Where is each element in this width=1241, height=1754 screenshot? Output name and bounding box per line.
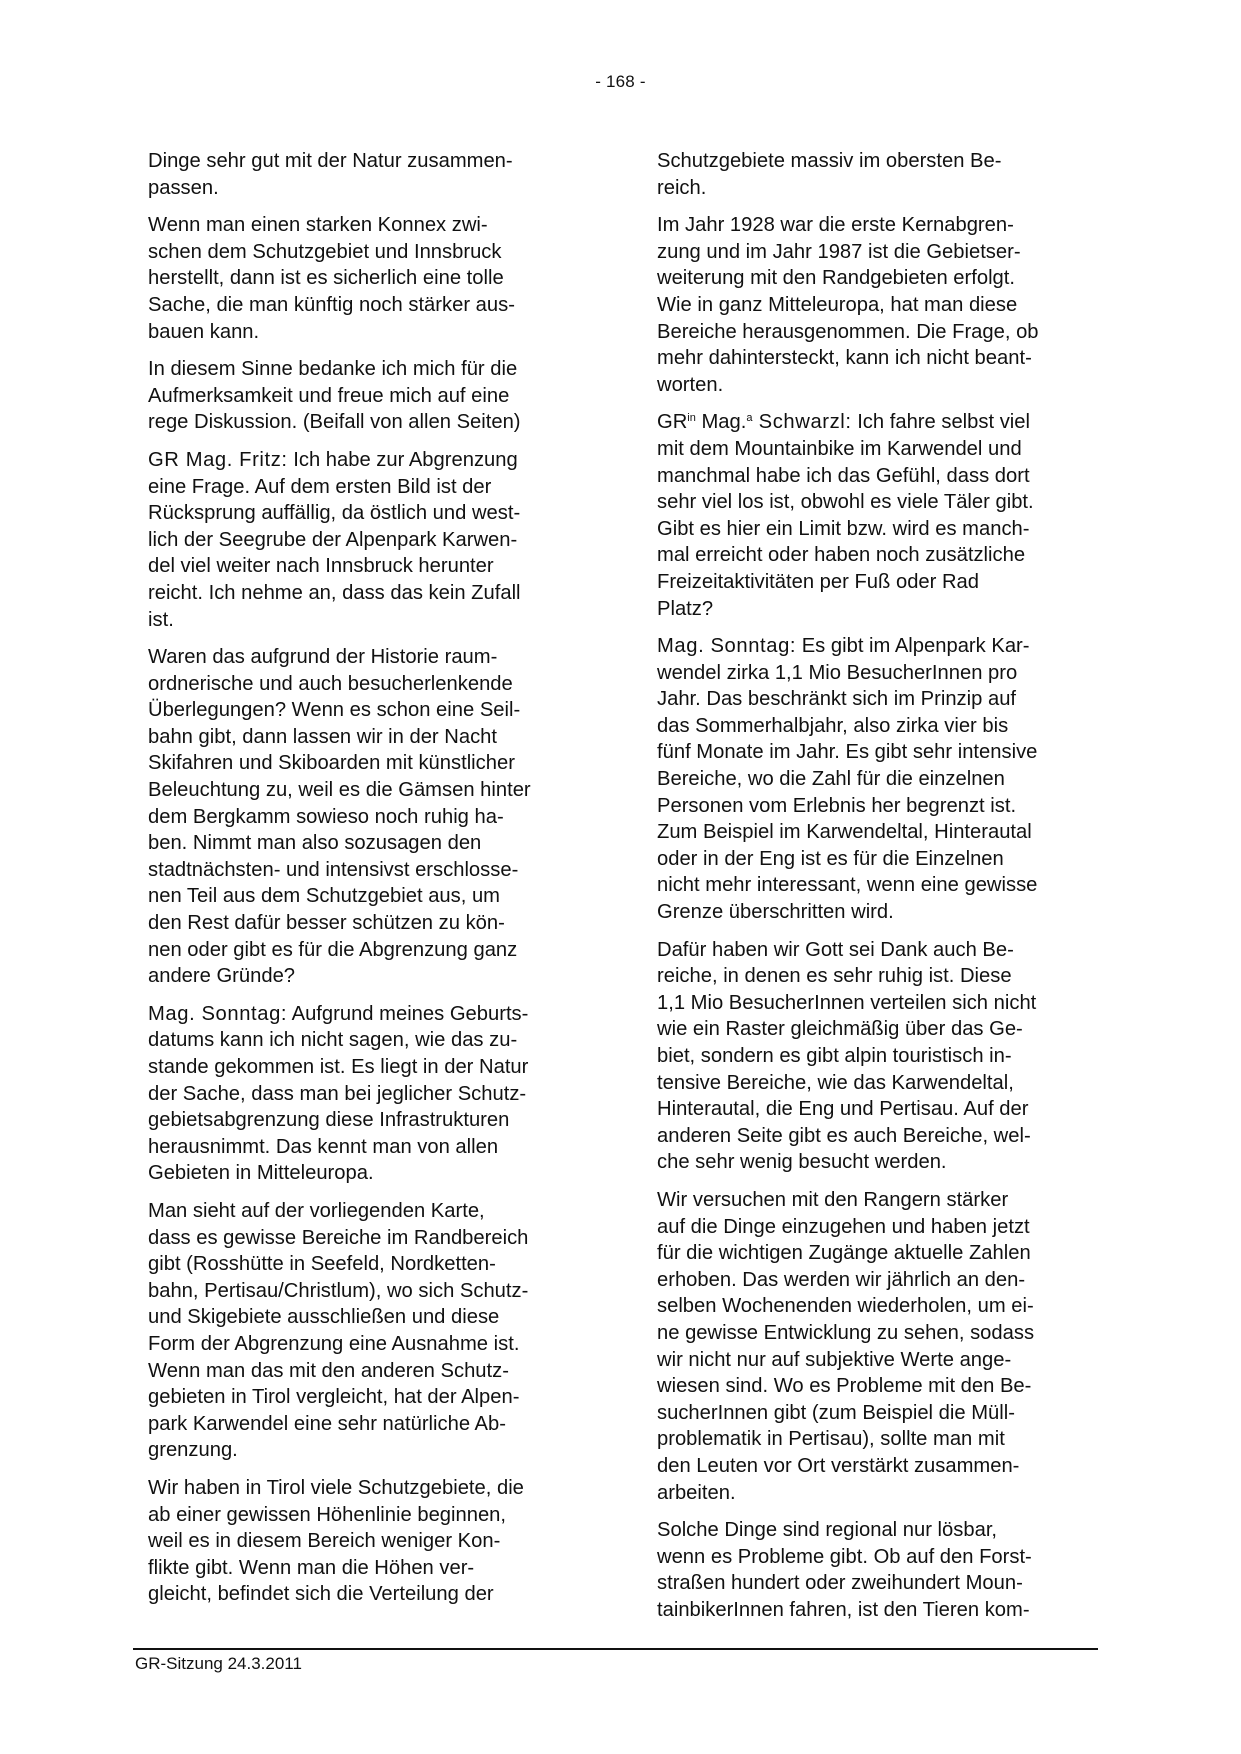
text-line: arbeiten. bbox=[657, 1480, 1127, 1507]
text-line: passen. bbox=[148, 175, 618, 202]
text-line: reiche, in denen es sehr ruhig ist. Dies… bbox=[657, 963, 1127, 990]
text-line: Jahr. Das beschränkt sich im Prinzip auf bbox=[657, 686, 1127, 713]
text-line: Man sieht auf der vorliegenden Karte, bbox=[148, 1198, 618, 1225]
text-line: herausnimmt. Das kennt man von allen bbox=[148, 1134, 618, 1161]
right-column: Schutzgebiete massiv im obersten Be- rei… bbox=[657, 148, 1127, 1634]
text-line: weil es in diesem Bereich weniger Kon- bbox=[148, 1528, 618, 1555]
text-line: Mag. Sonntag: Aufgrund meines Geburts- bbox=[148, 1001, 618, 1028]
text-line: mehr dahintersteckt, kann ich nicht bean… bbox=[657, 345, 1127, 372]
paragraph: Solche Dinge sind regional nur lösbar, w… bbox=[657, 1517, 1127, 1623]
text-line: sehr viel los ist, obwohl es viele Täler… bbox=[657, 489, 1127, 516]
speaker-paragraph: Mag. Sonntag: Es gibt im Alpenpark Kar- … bbox=[657, 633, 1127, 926]
text-line: weiterung mit den Randgebieten erfolgt. bbox=[657, 265, 1127, 292]
text-line: manchmal habe ich das Gefühl, dass dort bbox=[657, 463, 1127, 490]
text-line: mit dem Mountainbike im Karwendel und bbox=[657, 436, 1127, 463]
speaker-name: Mag. Sonntag: bbox=[657, 635, 796, 657]
text-line: flikte gibt. Wenn man die Höhen ver- bbox=[148, 1555, 618, 1582]
text-fragment: Ich habe zur Abgrenzung bbox=[288, 449, 518, 471]
text-line: worten. bbox=[657, 372, 1127, 399]
paragraph: Wir versuchen mit den Rangern stärker au… bbox=[657, 1187, 1127, 1506]
text-line: Dinge sehr gut mit der Natur zusammen- bbox=[148, 148, 618, 175]
text-line: bahn, Pertisau/Christlum), wo sich Schut… bbox=[148, 1278, 618, 1305]
paragraph: Wenn man einen starken Konnex zwi- schen… bbox=[148, 212, 618, 345]
text-line: Überlegungen? Wenn es schon eine Seil- bbox=[148, 697, 618, 724]
text-line: sucherInnen gibt (zum Beispiel die Müll- bbox=[657, 1400, 1127, 1427]
speaker-title: Mag. bbox=[696, 411, 747, 433]
speaker-title: GR bbox=[657, 411, 687, 433]
text-line: den Leuten vor Ort verstärkt zusammen- bbox=[657, 1453, 1127, 1480]
text-line: GRin Mag.a Schwarzl: Ich fahre selbst vi… bbox=[657, 409, 1127, 436]
text-line: Hinterautal, die Eng und Pertisau. Auf d… bbox=[657, 1096, 1127, 1123]
page-number: - 168 - bbox=[0, 72, 1241, 92]
paragraph: Schutzgebiete massiv im obersten Be- rei… bbox=[657, 148, 1127, 201]
text-line: oder in der Eng ist es für die Einzelnen bbox=[657, 846, 1127, 873]
text-line: selben Wochenenden wiederholen, um ei- bbox=[657, 1293, 1127, 1320]
text-line: rege Diskussion. (Beifall von allen Seit… bbox=[148, 409, 618, 436]
text-line: zung und im Jahr 1987 ist die Gebietser- bbox=[657, 239, 1127, 266]
text-line: eine Frage. Auf dem ersten Bild ist der bbox=[148, 474, 618, 501]
paragraph: In diesem Sinne bedanke ich mich für die… bbox=[148, 356, 618, 436]
text-line: park Karwendel eine sehr natürliche Ab- bbox=[148, 1411, 618, 1438]
left-column: Dinge sehr gut mit der Natur zusammen- p… bbox=[148, 148, 618, 1619]
text-line: erhoben. Das werden wir jährlich an den- bbox=[657, 1267, 1127, 1294]
text-line: ab einer gewissen Höhenlinie beginnen, bbox=[148, 1502, 618, 1529]
text-line: grenzung. bbox=[148, 1437, 618, 1464]
text-line: bahn gibt, dann lassen wir in der Nacht bbox=[148, 724, 618, 751]
text-line: Waren das aufgrund der Historie raum- bbox=[148, 644, 618, 671]
text-line: Wenn man das mit den anderen Schutz- bbox=[148, 1358, 618, 1385]
paragraph: Waren das aufgrund der Historie raum- or… bbox=[148, 644, 618, 990]
text-line: Bereiche herausgenommen. Die Frage, ob bbox=[657, 319, 1127, 346]
text-line: reicht. Ich nehme an, dass das kein Zufa… bbox=[148, 580, 618, 607]
text-line: Bereiche, wo die Zahl für die einzelnen bbox=[657, 766, 1127, 793]
text-line: Wir versuchen mit den Rangern stärker bbox=[657, 1187, 1127, 1214]
text-line: Form der Abgrenzung eine Ausnahme ist. bbox=[148, 1331, 618, 1358]
text-line: wir nicht nur auf subjektive Werte ange- bbox=[657, 1347, 1127, 1374]
text-fragment: Aufgrund meines Geburts- bbox=[287, 1003, 528, 1025]
superscript: in bbox=[687, 412, 696, 424]
speaker-paragraph: Mag. Sonntag: Aufgrund meines Geburts- d… bbox=[148, 1001, 618, 1187]
text-line: Skifahren und Skiboarden mit künstlicher bbox=[148, 750, 618, 777]
text-line: anderen Seite gibt es auch Bereiche, wel… bbox=[657, 1123, 1127, 1150]
text-line: ne gewisse Entwicklung zu sehen, sodass bbox=[657, 1320, 1127, 1347]
text-line: wie ein Raster gleichmäßig über das Ge- bbox=[657, 1016, 1127, 1043]
text-line: der Sache, dass man bei jeglicher Schutz… bbox=[148, 1081, 618, 1108]
text-line: Solche Dinge sind regional nur lösbar, bbox=[657, 1517, 1127, 1544]
speaker-name: Schwarzl: bbox=[752, 411, 851, 433]
text-line: nicht mehr interessant, wenn eine gewiss… bbox=[657, 872, 1127, 899]
text-line: Sache, die man künftig noch stärker aus- bbox=[148, 292, 618, 319]
text-line: che sehr wenig besucht werden. bbox=[657, 1149, 1127, 1176]
text-line: gleicht, befindet sich die Verteilung de… bbox=[148, 1581, 618, 1608]
text-line: schen dem Schutzgebiet und Innsbruck bbox=[148, 239, 618, 266]
text-line: Rücksprung auffällig, da östlich und wes… bbox=[148, 500, 618, 527]
text-line: Gibt es hier ein Limit bzw. wird es manc… bbox=[657, 516, 1127, 543]
text-line: gebietsabgrenzung diese Infrastrukturen bbox=[148, 1107, 618, 1134]
text-line: Platz? bbox=[657, 596, 1127, 623]
text-line: gebieten in Tirol vergleicht, hat der Al… bbox=[148, 1384, 618, 1411]
text-line: datums kann ich nicht sagen, wie das zu- bbox=[148, 1027, 618, 1054]
text-line: stande gekommen ist. Es liegt in der Nat… bbox=[148, 1054, 618, 1081]
footer-session-date: GR-Sitzung 24.3.2011 bbox=[135, 1654, 302, 1674]
text-line: bauen kann. bbox=[148, 319, 618, 346]
speaker-paragraph: GRin Mag.a Schwarzl: Ich fahre selbst vi… bbox=[657, 409, 1127, 622]
text-line: ben. Nimmt man also sozusagen den bbox=[148, 830, 618, 857]
text-line: den Rest dafür besser schützen zu kön- bbox=[148, 910, 618, 937]
text-line: ist. bbox=[148, 607, 618, 634]
text-line: Beleuchtung zu, weil es die Gämsen hinte… bbox=[148, 777, 618, 804]
text-line: In diesem Sinne bedanke ich mich für die bbox=[148, 356, 618, 383]
speaker-name: GR Mag. Fritz: bbox=[148, 449, 288, 471]
text-line: herstellt, dann ist es sicherlich eine t… bbox=[148, 265, 618, 292]
speaker-name: Mag. Sonntag: bbox=[148, 1003, 287, 1025]
text-line: nen Teil aus dem Schutzgebiet aus, um bbox=[148, 883, 618, 910]
text-line: wiesen sind. Wo es Probleme mit den Be- bbox=[657, 1373, 1127, 1400]
text-line: nen oder gibt es für die Abgrenzung ganz bbox=[148, 937, 618, 964]
speaker-paragraph: GR Mag. Fritz: Ich habe zur Abgrenzung e… bbox=[148, 447, 618, 633]
footer-divider bbox=[133, 1648, 1098, 1650]
text-line: dass es gewisse Bereiche im Randbereich bbox=[148, 1225, 618, 1252]
text-line: tensive Bereiche, wie das Karwendeltal, bbox=[657, 1070, 1127, 1097]
text-line: wendel zirka 1,1 Mio BesucherInnen pro bbox=[657, 660, 1127, 687]
text-fragment: Es gibt im Alpenpark Kar- bbox=[796, 635, 1029, 657]
text-line: Mag. Sonntag: Es gibt im Alpenpark Kar- bbox=[657, 633, 1127, 660]
text-line: Dafür haben wir Gott sei Dank auch Be- bbox=[657, 937, 1127, 964]
paragraph: Wir haben in Tirol viele Schutzgebiete, … bbox=[148, 1475, 618, 1608]
paragraph: Dinge sehr gut mit der Natur zusammen- p… bbox=[148, 148, 618, 201]
text-line: Aufmerksamkeit und freue mich auf eine bbox=[148, 383, 618, 410]
text-line: dem Bergkamm sowieso noch ruhig ha- bbox=[148, 804, 618, 831]
text-line: Schutzgebiete massiv im obersten Be- bbox=[657, 148, 1127, 175]
paragraph: Man sieht auf der vorliegenden Karte, da… bbox=[148, 1198, 618, 1464]
text-line: straßen hundert oder zweihundert Moun- bbox=[657, 1570, 1127, 1597]
text-line: 1,1 Mio BesucherInnen verteilen sich nic… bbox=[657, 990, 1127, 1017]
text-line: fünf Monate im Jahr. Es gibt sehr intens… bbox=[657, 739, 1127, 766]
text-line: andere Gründe? bbox=[148, 963, 618, 990]
text-line: auf die Dinge einzugehen und haben jetzt bbox=[657, 1214, 1127, 1241]
text-line: Personen vom Erlebnis her begrenzt ist. bbox=[657, 793, 1127, 820]
text-line: GR Mag. Fritz: Ich habe zur Abgrenzung bbox=[148, 447, 618, 474]
text-line: Zum Beispiel im Karwendeltal, Hinterauta… bbox=[657, 819, 1127, 846]
text-line: Wenn man einen starken Konnex zwi- bbox=[148, 212, 618, 239]
text-line: problematik in Pertisau), sollte man mit bbox=[657, 1426, 1127, 1453]
text-line: Wie in ganz Mitteleuropa, hat man diese bbox=[657, 292, 1127, 319]
text-line: del viel weiter nach Innsbruck herunter bbox=[148, 553, 618, 580]
text-line: und Skigebiete ausschließen und diese bbox=[148, 1304, 618, 1331]
text-line: Gebieten in Mitteleuropa. bbox=[148, 1160, 618, 1187]
text-line: Freizeitaktivitäten per Fuß oder Rad bbox=[657, 569, 1127, 596]
text-line: stadtnächsten- und intensivst erschlosse… bbox=[148, 857, 618, 884]
text-line: mal erreicht oder haben noch zusätzliche bbox=[657, 542, 1127, 569]
text-line: gibt (Rosshütte in Seefeld, Nordketten- bbox=[148, 1251, 618, 1278]
text-line: das Sommerhalbjahr, also zirka vier bis bbox=[657, 713, 1127, 740]
paragraph: Im Jahr 1928 war die erste Kernabgren- z… bbox=[657, 212, 1127, 398]
text-line: ordnerische und auch besucherlenkende bbox=[148, 671, 618, 698]
text-line: Im Jahr 1928 war die erste Kernabgren- bbox=[657, 212, 1127, 239]
text-fragment: Ich fahre selbst viel bbox=[852, 411, 1030, 433]
text-line: reich. bbox=[657, 175, 1127, 202]
text-line: lich der Seegrube der Alpenpark Karwen- bbox=[148, 527, 618, 554]
text-line: Grenze überschritten wird. bbox=[657, 899, 1127, 926]
text-line: Wir haben in Tirol viele Schutzgebiete, … bbox=[148, 1475, 618, 1502]
text-line: tainbikerInnen fahren, ist den Tieren ko… bbox=[657, 1597, 1127, 1624]
text-line: wenn es Probleme gibt. Ob auf den Forst- bbox=[657, 1544, 1127, 1571]
paragraph: Dafür haben wir Gott sei Dank auch Be- r… bbox=[657, 937, 1127, 1176]
text-line: für die wichtigen Zugänge aktuelle Zahle… bbox=[657, 1240, 1127, 1267]
text-line: biet, sondern es gibt alpin touristisch … bbox=[657, 1043, 1127, 1070]
